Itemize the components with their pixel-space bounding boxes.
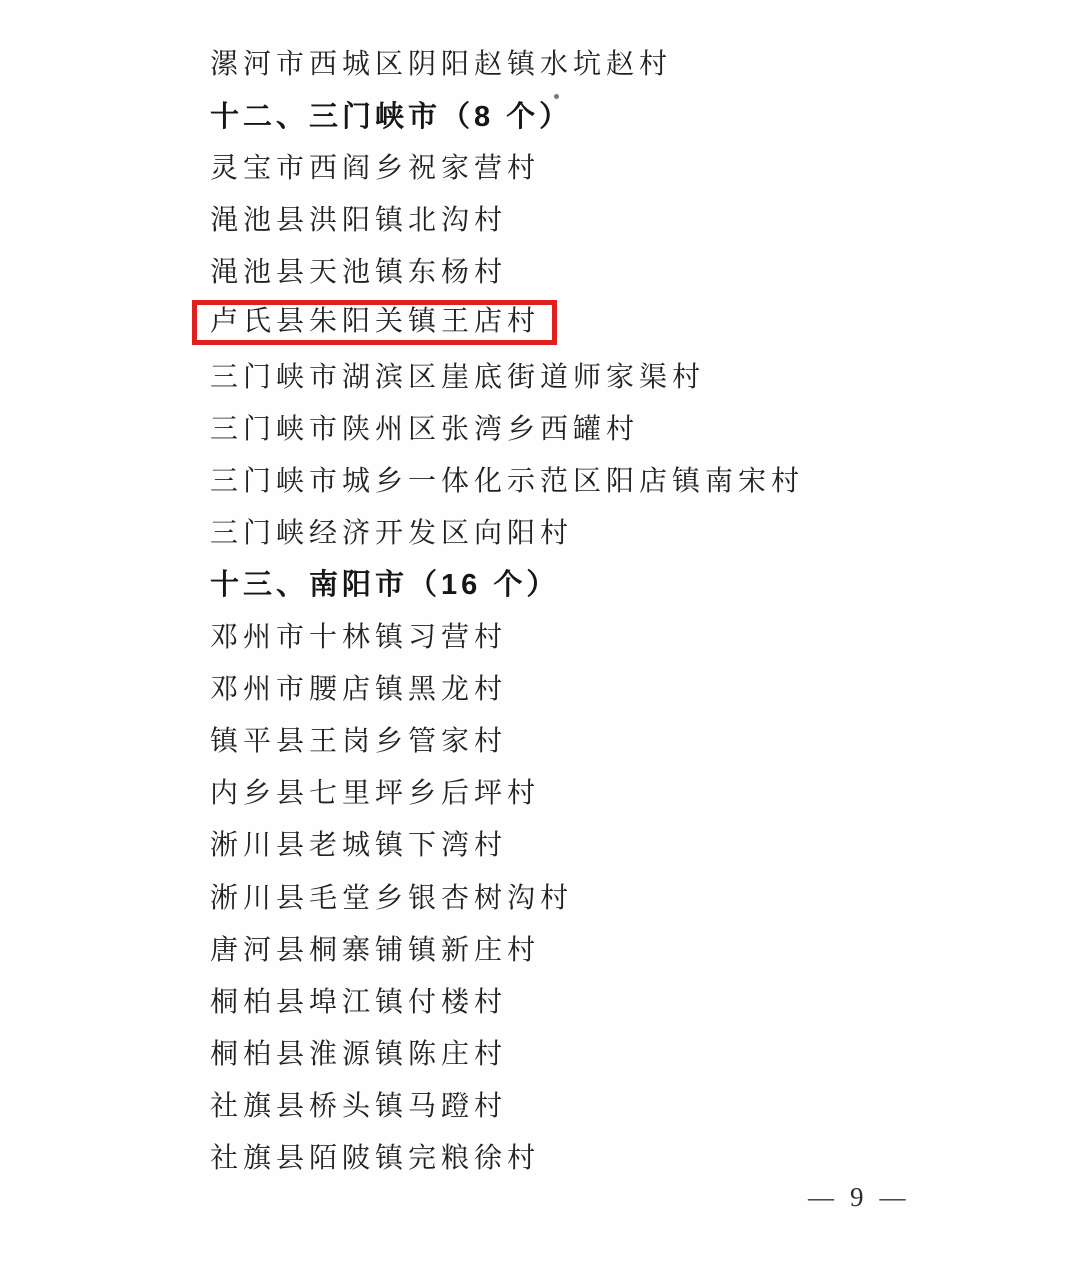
- village-text: 邓州市腰店镇黑龙村: [210, 667, 507, 707]
- village-text: 镇平县王岗乡管家村: [210, 719, 507, 759]
- village-text: 三门峡经济开发区向阳村: [210, 511, 573, 551]
- village-text: 灵宝市西阎乡祝家营村: [210, 146, 540, 186]
- village-line: 唐河县桐寨铺镇新庄村: [0, 922, 1080, 974]
- footer-right-dash: —: [880, 1183, 906, 1213]
- village-text: 三门峡市陕州区张湾乡西罐村: [210, 407, 639, 447]
- village-text: 内乡县七里坪乡后坪村: [210, 771, 540, 811]
- page-number: 9: [850, 1182, 864, 1213]
- village-line: 淅川县毛堂乡银杏树沟村: [0, 870, 1080, 922]
- village-line: 桐柏县淮源镇陈庄村: [0, 1026, 1080, 1078]
- village-text: 桐柏县淮源镇陈庄村: [210, 1032, 507, 1072]
- village-text: 邓州市十林镇习营村: [210, 615, 507, 655]
- village-line: 社旗县陌陂镇完粮徐村: [0, 1130, 1080, 1182]
- footer-left-dash: —: [808, 1183, 834, 1213]
- village-line: 三门峡市湖滨区崖底街道师家渠村: [0, 349, 1080, 401]
- village-line: 邓州市腰店镇黑龙村: [0, 661, 1080, 713]
- village-line: 社旗县桥头镇马蹬村: [0, 1078, 1080, 1130]
- page-footer: — 9 —: [808, 1182, 906, 1213]
- village-line: 桐柏县埠江镇付楼村: [0, 974, 1080, 1026]
- village-line: 内乡县七里坪乡后坪村: [0, 765, 1080, 817]
- village-text: 渑池县天池镇东杨村: [210, 250, 507, 290]
- village-line: 邓州市十林镇习营村: [0, 609, 1080, 661]
- village-text: 社旗县陌陂镇完粮徐村: [210, 1136, 540, 1176]
- village-line: 渑池县洪阳镇北沟村: [0, 192, 1080, 244]
- village-text: 淅川县毛堂乡银杏树沟村: [210, 876, 573, 916]
- village-text: 社旗县桥头镇马蹬村: [210, 1084, 507, 1124]
- section-heading-text: 十三、南阳市（16 个）: [210, 562, 559, 603]
- village-text: 桐柏县埠江镇付楼村: [210, 980, 507, 1020]
- village-list: 漯河市西城区阴阳赵镇水坑赵村十二、三门峡市（8 个）灵宝市西阎乡祝家营村渑池县洪…: [0, 36, 1080, 1182]
- village-line: 卢氏县朱阳关镇王店村: [0, 296, 1080, 348]
- document-page: 漯河市西城区阴阳赵镇水坑赵村十二、三门峡市（8 个）灵宝市西阎乡祝家营村渑池县洪…: [0, 0, 1080, 1262]
- village-line: 三门峡市陕州区张湾乡西罐村: [0, 401, 1080, 453]
- highlighted-village-text: 卢氏县朱阳关镇王店村: [210, 306, 540, 337]
- village-line: 渑池县天池镇东杨村: [0, 244, 1080, 296]
- village-line: 三门峡市城乡一体化示范区阳店镇南宋村: [0, 453, 1080, 505]
- city-section-heading: 十三、南阳市（16 个）: [0, 557, 1080, 609]
- highlight-box: 卢氏县朱阳关镇王店村: [192, 300, 557, 346]
- city-section-heading: 十二、三门峡市（8 个）: [0, 88, 1080, 140]
- village-text: 三门峡市城乡一体化示范区阳店镇南宋村: [210, 459, 804, 499]
- village-line: 镇平县王岗乡管家村: [0, 713, 1080, 765]
- village-line: 淅川县老城镇下湾村: [0, 817, 1080, 869]
- village-text: 漯河市西城区阴阳赵镇水坑赵村: [210, 42, 672, 82]
- village-text: 渑池县洪阳镇北沟村: [210, 198, 507, 238]
- village-text: 淅川县老城镇下湾村: [210, 823, 507, 863]
- village-line: 灵宝市西阎乡祝家营村: [0, 140, 1080, 192]
- village-line: 三门峡经济开发区向阳村: [0, 505, 1080, 557]
- village-text: 三门峡市湖滨区崖底街道师家渠村: [210, 355, 705, 395]
- scan-speck: [554, 94, 559, 99]
- section-heading-text: 十二、三门峡市（8 个）: [210, 94, 572, 135]
- village-text: 唐河县桐寨铺镇新庄村: [210, 928, 540, 968]
- village-line: 漯河市西城区阴阳赵镇水坑赵村: [0, 36, 1080, 88]
